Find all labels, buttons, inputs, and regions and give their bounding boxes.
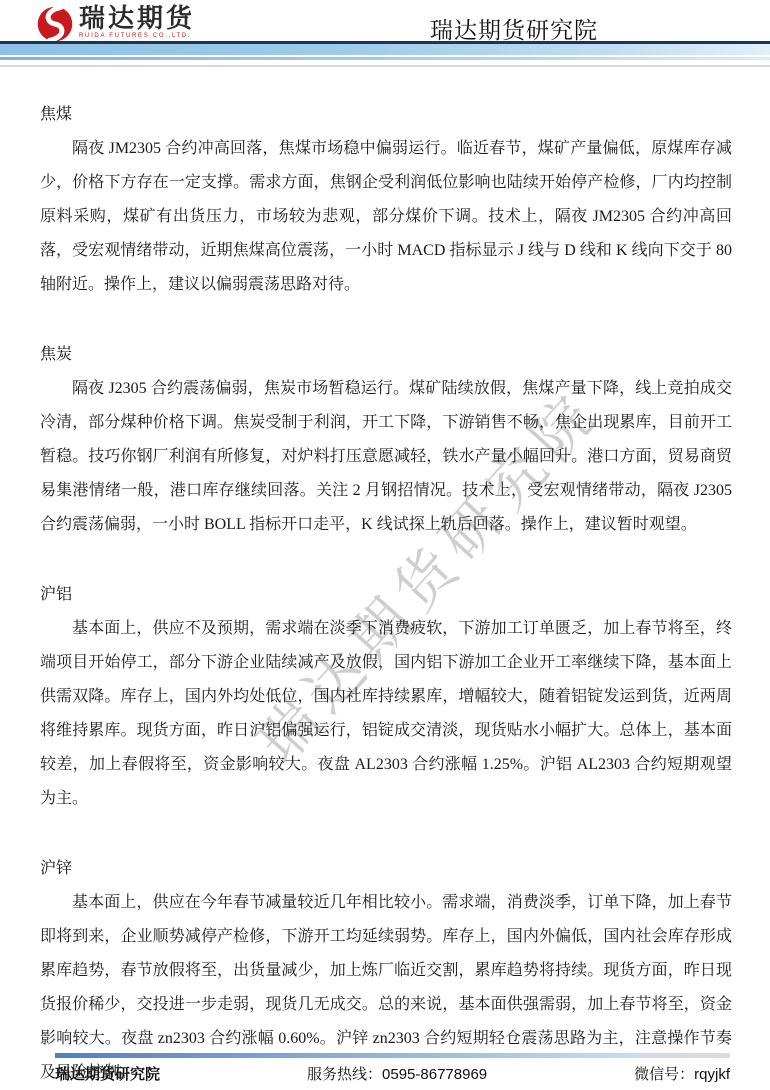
- divider-blue-line: [0, 57, 770, 60]
- ruida-logo-icon: [35, 4, 75, 44]
- section-paragraph: 基本面上，供应不及预期，需求端在淡季下消费疲软，下游加工订单匮乏，加上春节将至，…: [40, 612, 732, 816]
- report-body: 焦煤 隔夜 JM2305 合约冲高回落，焦煤市场稳中偏弱运行。临近春节，煤矿产量…: [40, 98, 732, 1090]
- section-title: 焦炭: [40, 338, 732, 372]
- section-shanghai-zinc: 沪锌 基本面上，供应在今年春节减量较近几年相比较小。需求端，消费淡季，订单下降，…: [40, 852, 732, 1090]
- logo-name-en: RUIDA FUTURES CO.,LTD.: [79, 33, 195, 39]
- section-shanghai-aluminum: 沪铝 基本面上，供应不及预期，需求端在淡季下消费疲软，下游加工订单匮乏，加上春节…: [40, 578, 732, 816]
- section-paragraph: 隔夜 JM2305 合约冲高回落，焦煤市场稳中偏弱运行。临近春节，煤矿产量偏低，…: [40, 132, 732, 302]
- section-paragraph: 基本面上，供应在今年春节减量较近几年相比较小。需求端，消费淡季，订单下降，加上春…: [40, 886, 732, 1090]
- logo-text: 瑞达期货 RUIDA FUTURES CO.,LTD.: [79, 4, 195, 39]
- section-title: 沪铝: [40, 578, 732, 612]
- header-divider: [0, 41, 770, 67]
- section-paragraph: 隔夜 J2305 合约震荡偏弱，焦炭市场暂稳运行。煤矿陆续放假，焦煤产量下降，线…: [40, 372, 732, 542]
- divider-gray-line: [0, 65, 770, 67]
- company-logo: 瑞达期货 RUIDA FUTURES CO.,LTD.: [35, 4, 195, 44]
- divider-blue-bar: [0, 44, 770, 55]
- logo-name-cn: 瑞达期货: [79, 4, 195, 32]
- section-coking-coal: 焦煤 隔夜 JM2305 合约冲高回落，焦煤市场稳中偏弱运行。临近春节，煤矿产量…: [40, 98, 732, 302]
- report-page: 瑞达期货 RUIDA FUTURES CO.,LTD. 瑞达期货研究院 瑞达期货…: [0, 0, 770, 1090]
- section-title: 焦煤: [40, 98, 732, 132]
- section-coke: 焦炭 隔夜 J2305 合约震荡偏弱，焦炭市场暂稳运行。煤矿陆续放假，焦煤产量下…: [40, 338, 732, 542]
- page-header: 瑞达期货 RUIDA FUTURES CO.,LTD. 瑞达期货研究院: [35, 4, 735, 44]
- section-title: 沪锌: [40, 852, 732, 886]
